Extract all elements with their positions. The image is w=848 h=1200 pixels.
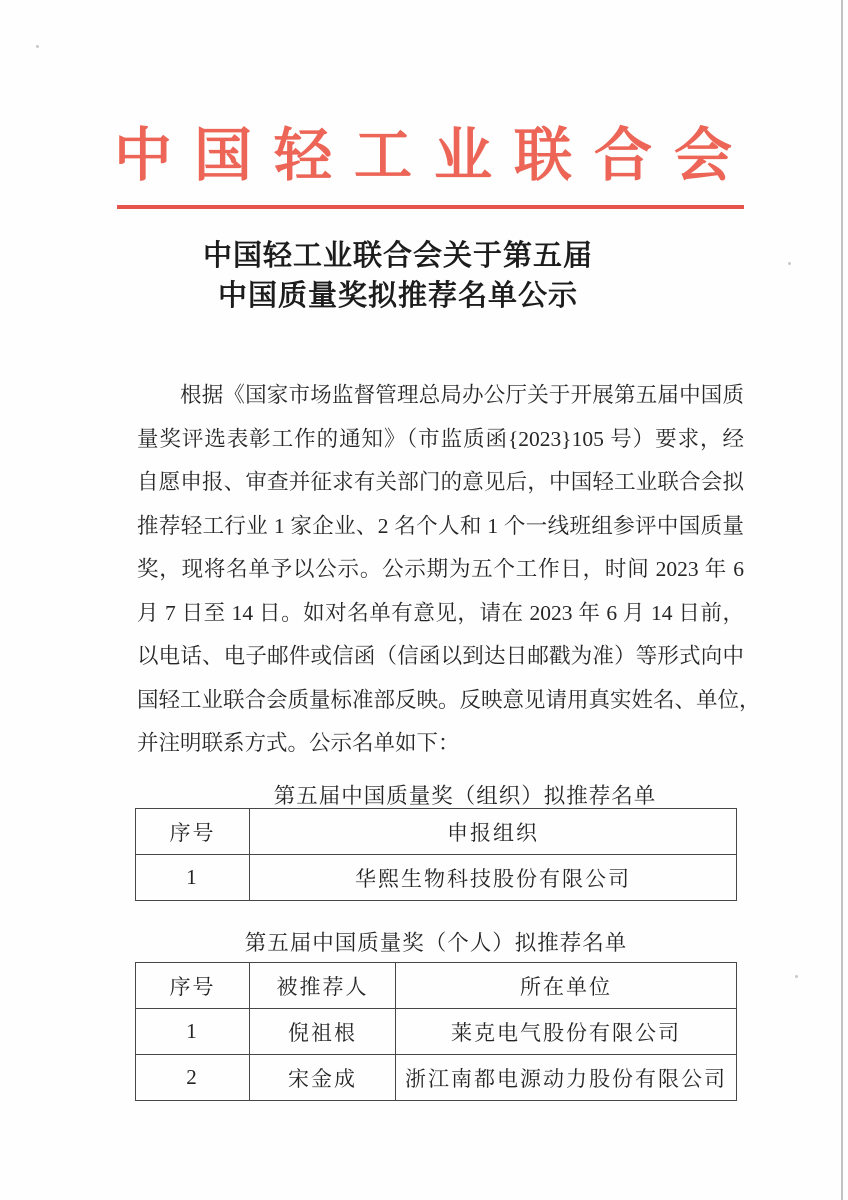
body-line: 以电话、电子邮件或信函（信函以到达日邮戳为准）等形式向中 xyxy=(137,635,744,679)
table-header-cell: 被推荐人 xyxy=(250,963,396,1009)
table-cell: 华熙生物科技股份有限公司 xyxy=(250,855,737,901)
body-line: 根据《国家市场监督管理总局办公厅关于开展第五届中国质 xyxy=(137,374,744,418)
org-award-table: 序号 申报组织 1 华熙生物科技股份有限公司 xyxy=(135,808,737,901)
table-row: 2 宋金成 浙江南都电源动力股份有限公司 xyxy=(136,1055,737,1101)
body-line: 推荐轻工行业 1 家企业、2 名个人和 1 个一线班组参评中国质量 xyxy=(137,505,744,549)
scanned-document-page: 中国轻工业联合会 中国轻工业联合会关于第五届 中国质量奖拟推荐名单公示 根据《国… xyxy=(0,0,848,1200)
document-title-line2: 中国质量奖拟推荐名单公示 xyxy=(0,276,822,316)
body-line: 国轻工业联合会质量标准部反映。反映意见请用真实姓名、单位， xyxy=(137,679,744,723)
table-header-cell: 序号 xyxy=(136,809,250,855)
table-cell: 1 xyxy=(136,855,250,901)
body-line: 月 7 日至 14 日。如对名单有意见，请在 2023 年 6 月 14 日前， xyxy=(137,592,744,636)
table-header-cell: 申报组织 xyxy=(250,809,737,855)
individual-award-table-caption: 第五届中国质量奖（个人）拟推荐名单 xyxy=(135,926,737,957)
body-line: 并注明联系方式。公示名单如下： xyxy=(137,722,744,766)
table-cell: 宋金成 xyxy=(250,1055,396,1101)
body-line: 量奖评选表彰工作的通知》（市监质函{2023}105 号）要求，经 xyxy=(137,418,744,462)
table-row: 1 倪祖根 莱克电气股份有限公司 xyxy=(136,1009,737,1055)
individual-award-table: 序号 被推荐人 所在单位 1 倪祖根 莱克电气股份有限公司 2 宋金成 浙江南都… xyxy=(135,962,737,1101)
table-header-row: 序号 被推荐人 所在单位 xyxy=(136,963,737,1009)
document-title: 中国轻工业联合会关于第五届 中国质量奖拟推荐名单公示 xyxy=(0,236,822,316)
table-cell: 2 xyxy=(136,1055,250,1101)
table-cell: 1 xyxy=(136,1009,250,1055)
table-header-cell: 所在单位 xyxy=(396,963,737,1009)
letterhead-rule xyxy=(117,205,744,209)
table-cell: 莱克电气股份有限公司 xyxy=(396,1009,737,1055)
table-row: 1 华熙生物科技股份有限公司 xyxy=(136,855,737,901)
org-award-table-caption: 第五届中国质量奖（组织）拟推荐名单 xyxy=(164,779,766,810)
body-line: 奖，现将名单予以公示。公示期为五个工作日，时间 2023 年 6 xyxy=(137,548,744,592)
table-header-cell: 序号 xyxy=(136,963,250,1009)
table-cell: 倪祖根 xyxy=(250,1009,396,1055)
scan-speck xyxy=(36,45,39,48)
table-cell: 浙江南都电源动力股份有限公司 xyxy=(396,1055,737,1101)
document-title-line1: 中国轻工业联合会关于第五届 xyxy=(0,236,822,276)
letterhead-org-name: 中国轻工业联合会 xyxy=(0,108,848,192)
body-line: 自愿申报、审查并征求有关部门的意见后，中国轻工业联合会拟 xyxy=(137,461,744,505)
scan-speck xyxy=(795,975,798,978)
body-paragraph: 根据《国家市场监督管理总局办公厅关于开展第五届中国质 量奖评选表彰工作的通知》（… xyxy=(137,374,744,766)
table-header-row: 序号 申报组织 xyxy=(136,809,737,855)
